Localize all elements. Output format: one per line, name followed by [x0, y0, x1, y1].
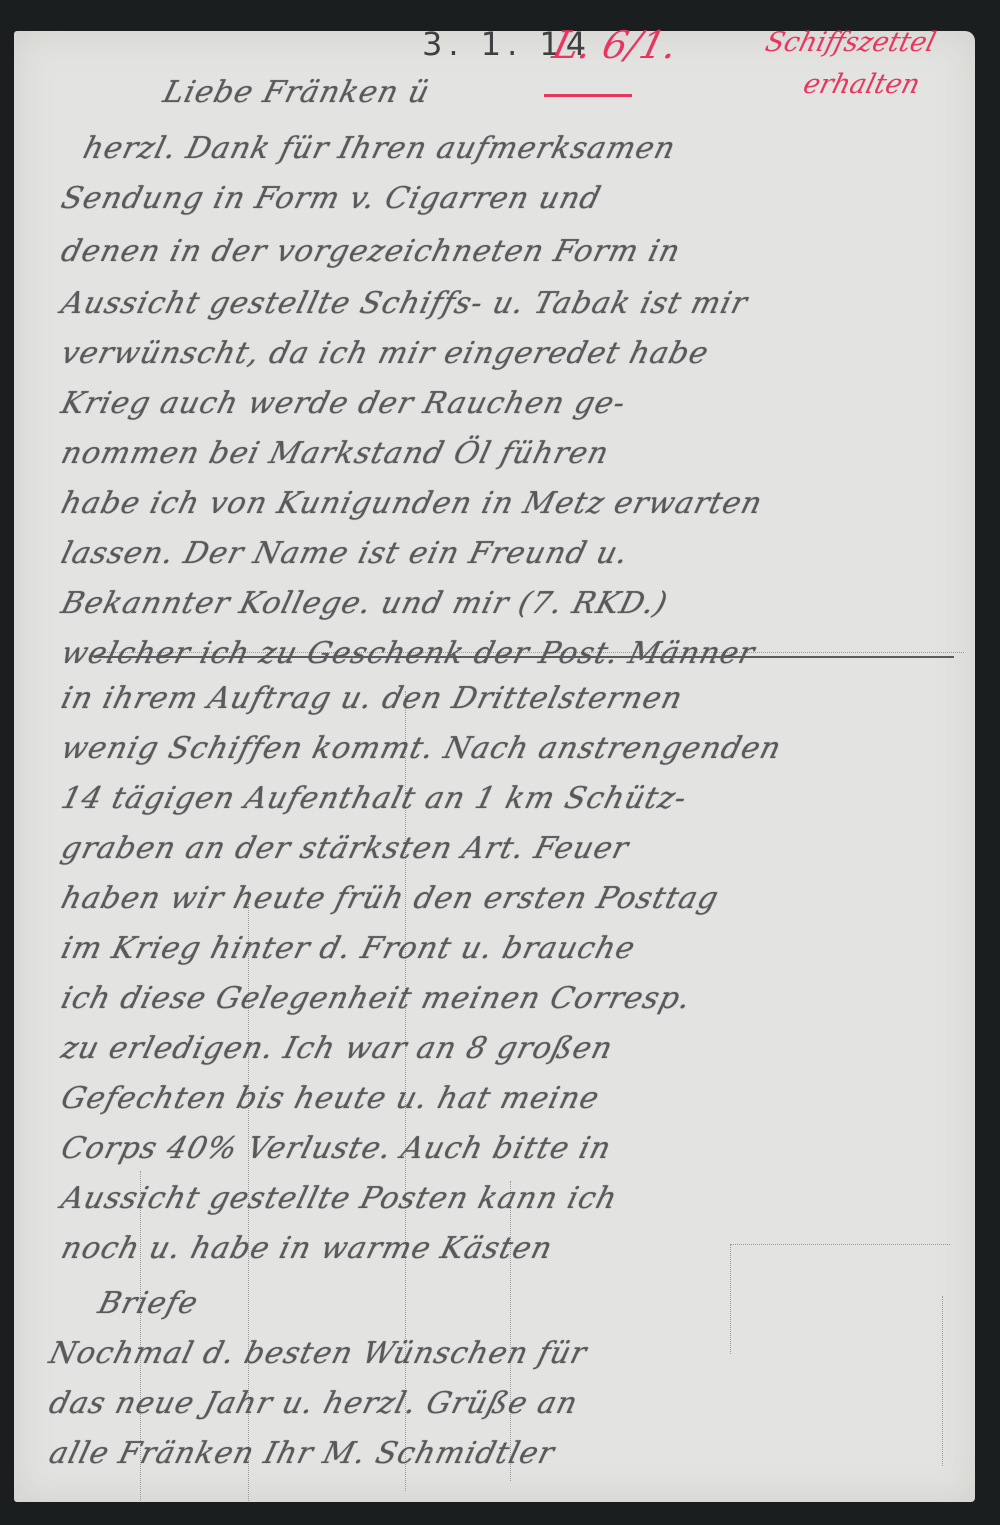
stamp-box-right — [942, 1296, 943, 1466]
body-line: Bekannter Kollege. und mir (7. RKD.) — [58, 586, 672, 621]
body-line: ich diese Gelegenheit meinen Corresp. — [58, 981, 695, 1016]
body-line: in ihrem Auftrag u. den Drittelsternen — [58, 681, 687, 716]
red-reference-note: L. 6/1. — [549, 23, 683, 67]
body-line: verwünscht, da ich mir eingeredet habe — [58, 336, 713, 371]
body-line: Gefechten bis heute u. hat meine — [58, 1081, 604, 1116]
stamp-box-left — [730, 1244, 731, 1354]
red-note-line-1: Schiffszettel — [762, 27, 939, 58]
body-line: noch u. habe in warme Kästen — [58, 1231, 557, 1266]
body-line: Aussicht gestellte Schiffs- u. Tabak ist… — [58, 286, 752, 321]
body-line: das neue Jahr u. herzl. Grüße an — [46, 1386, 582, 1421]
strikethrough-line — [94, 656, 954, 658]
body-line: graben an der stärksten Art. Feuer — [58, 831, 633, 866]
body-line: welcher ich zu Geschenk der Post. Männer — [58, 636, 759, 671]
body-line: haben wir heute früh den ersten Posttag — [58, 881, 723, 916]
body-line: wenig Schiffen kommt. Nach anstrengenden — [58, 731, 786, 766]
stamp-box-top — [730, 1244, 950, 1245]
red-note-line-2: erhalten — [800, 69, 923, 100]
body-line: Liebe Fränken ü — [160, 75, 434, 110]
red-underline — [544, 94, 632, 97]
body-line: denen in der vorgezeichneten Form in — [58, 234, 685, 269]
body-line: Corps 40% Verluste. Auch bitte in — [58, 1131, 615, 1166]
body-line: nommen bei Markstand Öl führen — [58, 436, 613, 471]
body-line: Briefe — [95, 1286, 202, 1321]
body-line: im Krieg hinter d. Front u. brauche — [58, 931, 640, 966]
body-line: Aussicht gestellte Posten kann ich — [58, 1181, 622, 1216]
body-line: Sendung in Form v. Cigarren und — [58, 181, 605, 216]
body-line: herzl. Dank für Ihren aufmerksamen — [80, 131, 680, 166]
body-line: zu erledigen. Ich war an 8 großen — [58, 1031, 617, 1066]
body-line: habe ich von Kunigunden in Metz erwarten — [58, 486, 767, 521]
postcard: 3. 1. 14 L. 6/1. Schiffszettel erhalten … — [14, 31, 975, 1502]
body-line: alle Fränken Ihr M. Schmidtler — [46, 1436, 559, 1471]
body-line: Nochmal d. besten Wünschen für — [46, 1336, 591, 1371]
body-line: lassen. Der Name ist ein Freund u. — [58, 536, 633, 571]
body-line: Krieg auch werde der Rauchen ge- — [58, 386, 630, 421]
body-line: 14 tägigen Aufenthalt an 1 km Schütz- — [58, 781, 691, 816]
